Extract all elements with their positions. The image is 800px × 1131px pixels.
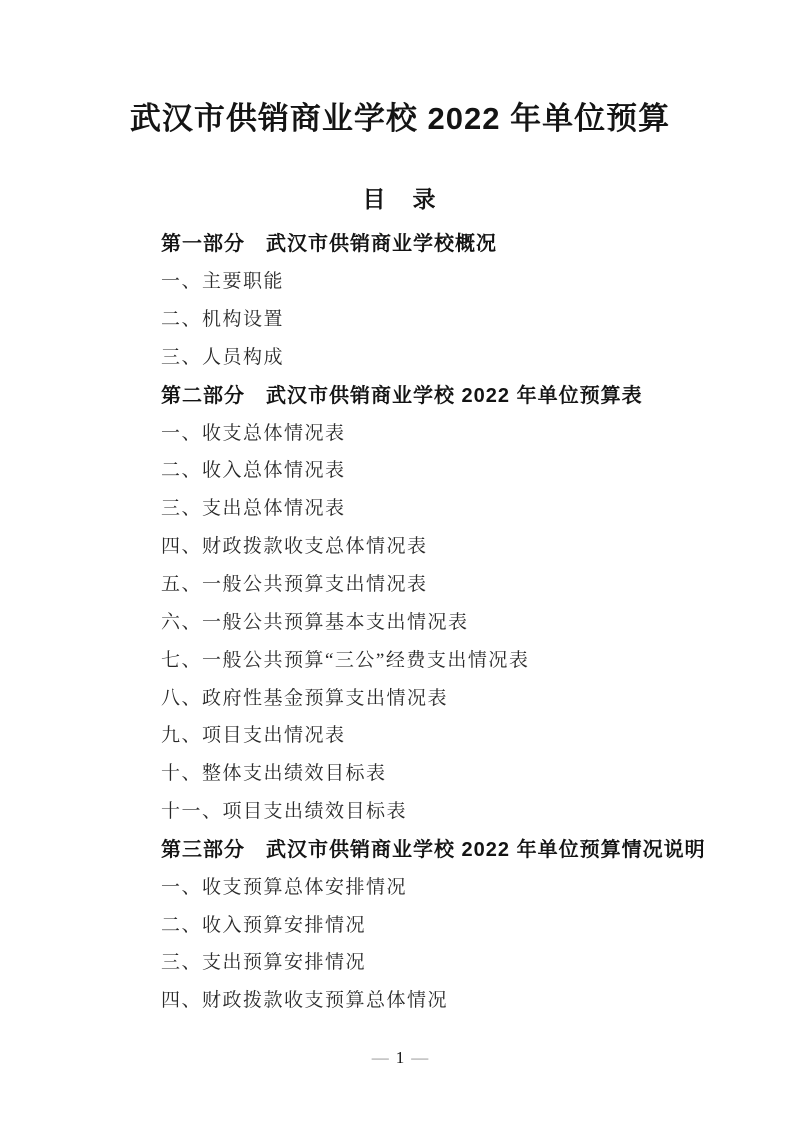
document-title: 武汉市供销商业学校 2022 年单位预算 <box>0 99 800 139</box>
toc-item: 四、财政拨款收支预算总体情况 <box>161 980 780 1018</box>
toc-item: 八、政府性基金预算支出情况表 <box>161 677 780 715</box>
page-footer: —1— <box>0 1047 800 1069</box>
toc-item: 二、机构设置 <box>161 299 780 337</box>
toc-item: 五、一般公共预算支出情况表 <box>161 564 780 602</box>
toc-section-heading: 第二部分 武汉市供销商业学校 2022 年单位预算表 <box>161 374 780 412</box>
toc-item: 十、整体支出绩效目标表 <box>161 753 780 791</box>
toc-item: 一、主要职能 <box>161 261 780 299</box>
toc-item: 十一、项目支出绩效目标表 <box>161 791 780 829</box>
toc-item: 二、收入总体情况表 <box>161 450 780 488</box>
toc-item: 六、一般公共预算基本支出情况表 <box>161 601 780 639</box>
toc-item: 九、项目支出情况表 <box>161 715 780 753</box>
toc-item: 三、支出总体情况表 <box>161 488 780 526</box>
toc-item: 二、收入预算安排情况 <box>161 904 780 942</box>
footer-page-number: 1 <box>396 1048 405 1067</box>
toc-section-heading: 第三部分 武汉市供销商业学校 2022 年单位预算情况说明 <box>161 829 780 867</box>
toc-section-heading: 第一部分 武汉市供销商业学校概况 <box>161 223 780 261</box>
document-page: 武汉市供销商业学校 2022 年单位预算 目 录 第一部分 武汉市供销商业学校概… <box>0 0 800 1131</box>
toc-item: 七、一般公共预算“三公”经费支出情况表 <box>161 639 780 677</box>
footer-dash-left: — <box>372 1048 389 1067</box>
footer-dash-right: — <box>411 1048 428 1067</box>
toc-item: 三、支出预算安排情况 <box>161 942 780 980</box>
toc-item: 一、收支总体情况表 <box>161 412 780 450</box>
toc-list: 第一部分 武汉市供销商业学校概况一、主要职能二、机构设置三、人员构成第二部分 武… <box>161 223 780 1018</box>
toc-heading: 目 录 <box>0 184 800 214</box>
toc-item: 一、收支预算总体安排情况 <box>161 866 780 904</box>
toc-item: 四、财政拨款收支总体情况表 <box>161 526 780 564</box>
toc-item: 三、人员构成 <box>161 337 780 375</box>
